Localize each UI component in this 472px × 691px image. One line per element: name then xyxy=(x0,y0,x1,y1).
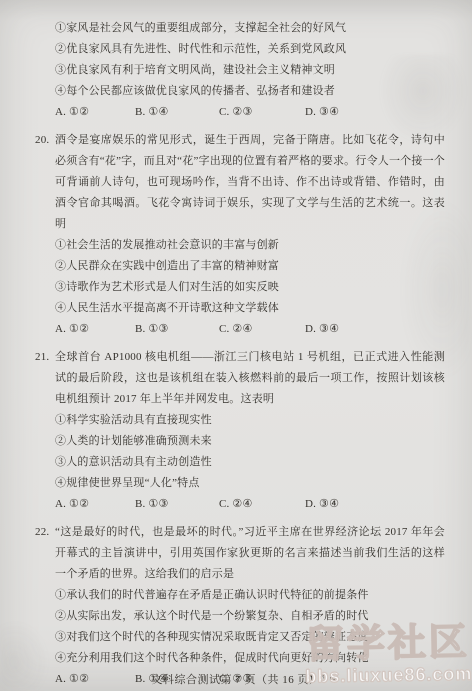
question-item-3: ③对我们这个时代的各种现实情况采取既肯定又否定的辩证态度 xyxy=(55,627,445,648)
question-item-4: ④充分利用我们这个时代各种条件，促成时代向更好的方向转化 xyxy=(55,648,445,669)
question-number: 20. xyxy=(35,130,55,151)
option-a: A. ①② xyxy=(55,494,135,515)
question-item-3: ③优良家风有利于培育文明风尚，建设社会主义精神文明 xyxy=(55,60,445,81)
question-item-3: ③诗歌作为艺术形式是人们对生活的如实反映 xyxy=(55,277,445,298)
question-block-20: 20. 酒令是宴席娱乐的常见形式，诞生于西周，完备于隋唐。比如飞花令，诗句中必须… xyxy=(35,130,445,340)
option-c: C. ②④ xyxy=(219,319,305,340)
options-row: A. ①② B. ①④ C. ②③ D. ③④ xyxy=(55,102,445,123)
question-number: 21. xyxy=(35,347,55,368)
question-item-2: ②优良家风具有先进性、时代性和示范性，关系到党风政风 xyxy=(55,39,445,60)
page-content: ①家风是社会风气的重要组成部分，支撑起全社会的好风气 ②优良家风具有先进性、时代… xyxy=(0,0,472,691)
question-item-2: ②人类的计划能够准确预测未来 xyxy=(55,431,445,452)
option-c: C. ②③ xyxy=(219,102,305,123)
options-row: A. ①② B. ①③ C. ②④ D. ③④ xyxy=(55,319,445,340)
option-b: B. ①③ xyxy=(135,494,219,515)
question-item-2: ②从实际出发，承认这个时代是一个纷繁复杂、自相矛盾的时代 xyxy=(55,606,445,627)
scanned-exam-page: ①家风是社会风气的重要组成部分，支撑起全社会的好风气 ②优良家风具有先进性、时代… xyxy=(0,0,472,691)
option-d: D. ③④ xyxy=(305,102,445,123)
option-d: D. ③④ xyxy=(305,319,445,340)
option-a: A. ①② xyxy=(55,319,135,340)
question-number: 22. xyxy=(35,522,55,543)
question-item-1: ①科学实验活动具有直接现实性 xyxy=(55,410,445,431)
option-c: C. ②④ xyxy=(219,494,305,515)
options-row: A. ①② B. ①③ C. ②④ D. ③④ xyxy=(55,494,445,515)
question-item-1: ①家风是社会风气的重要组成部分，支撑起全社会的好风气 xyxy=(55,18,445,39)
option-a: A. ①② xyxy=(55,102,135,123)
question-item-3: ③人的意识活动具有主动创造性 xyxy=(55,452,445,473)
option-b: B. ①③ xyxy=(135,319,219,340)
question-item-4: ④人民生活水平提高离不开诗歌这种文学载体 xyxy=(55,298,445,319)
option-b: B. ①④ xyxy=(135,102,219,123)
question-stem: 全球首台 AP1000 核电机组——浙江三门核电站 1 号机组，已正式进入性能测… xyxy=(55,347,445,410)
question-item-1: ①承认我们的时代普遍存在矛盾是正确认识时代特征的前提条件 xyxy=(55,585,445,606)
question-block-22: 22. “这是最好的时代，也是最坏的时代。”习近平主席在世界经济论坛 2017 … xyxy=(35,522,445,690)
question-item-2: ②人民群众在实践中创造出了丰富的精神财富 xyxy=(55,256,445,277)
question-item-4: ④规律使世界呈现“人化”特点 xyxy=(55,473,445,494)
page-footer: 文科综合测试第 7 页（共 16 页） xyxy=(0,671,472,687)
question-block-21: 21. 全球首台 AP1000 核电机组——浙江三门核电站 1 号机组，已正式进… xyxy=(35,347,445,515)
question-item-1: ①社会生活的发展推动社会意识的丰富与创新 xyxy=(55,235,445,256)
question-item-4: ④每个公民都应该做优良家风的传播者、弘扬者和建设者 xyxy=(55,81,445,102)
question-stem: 酒令是宴席娱乐的常见形式，诞生于西周，完备于隋唐。比如飞花令，诗句中必须含有“花… xyxy=(55,130,445,235)
question-stem: “这是最好的时代，也是最坏的时代。”习近平主席在世界经济论坛 2017 年年会开… xyxy=(55,522,445,585)
question-block-19-continuation: ①家风是社会风气的重要组成部分，支撑起全社会的好风气 ②优良家风具有先进性、时代… xyxy=(35,18,445,123)
option-d: D. ③④ xyxy=(305,494,445,515)
